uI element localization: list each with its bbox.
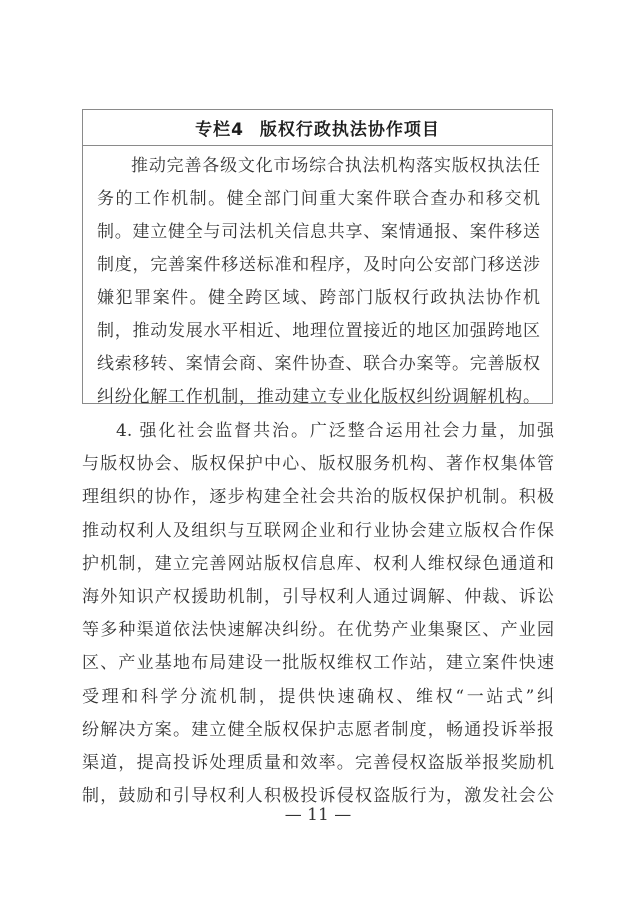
text-line: 推动完善各级文化市场综合执法机构落实版权执法任 bbox=[97, 150, 540, 183]
text-line: 制。建立健全与司法机关信息共享、案情通报、案件移送 bbox=[97, 216, 540, 249]
text-line: 纠纷化解工作机制，推动建立专业化版权纠纷调解机构。 bbox=[97, 381, 540, 414]
column-box-title: 专栏4 版权行政执法协作项目 bbox=[83, 110, 552, 146]
text-line: 区、产业基地布局建设一批版权维权工作站，建立案件快速 bbox=[82, 647, 554, 680]
text-line: 渠道，提高投诉处理质量和效率。完善侵权盗版举报奖励机 bbox=[82, 747, 554, 780]
page-number: — 11 — bbox=[0, 805, 636, 825]
column-box-body: 推动完善各级文化市场综合执法机构落实版权执法任 务的工作机制。健全部门间重大案件… bbox=[83, 146, 552, 414]
text-line: 务的工作机制。健全部门间重大案件联合查办和移交机 bbox=[97, 183, 540, 216]
text-line: 制度，完善案件移送标准和程序，及时向公安部门移送涉 bbox=[97, 249, 540, 282]
text-line: 纷解决方案。建立健全版权保护志愿者制度，畅通投诉举报 bbox=[82, 714, 554, 747]
text-line: 受理和科学分流机制，提供快速确权、维权“一站式”纠 bbox=[82, 681, 554, 714]
text-line: 海外知识产权援助机制，引导权利人通过调解、仲裁、诉讼 bbox=[82, 581, 554, 614]
text-line: 嫌犯罪案件。健全跨区域、跨部门版权行政执法协作机 bbox=[97, 282, 540, 315]
text-line: 线索移转、案情会商、案件协查、联合办案等。完善版权 bbox=[97, 348, 540, 381]
column-label: 专栏4 bbox=[195, 115, 244, 140]
text-line: 等多种渠道依法快速解决纠纷。在优势产业集聚区、产业园 bbox=[82, 614, 554, 647]
text-line: 理组织的协作，逐步构建全社会共治的版权保护机制。积极 bbox=[82, 481, 554, 514]
body-paragraph: 4. 强化社会监督共治。广泛整合运用社会力量，加强 与版权协会、版权保护中心、版… bbox=[82, 415, 554, 813]
text-line: 制，推动发展水平相近、地理位置接近的地区加强跨地区 bbox=[97, 315, 540, 348]
text-line: 与版权协会、版权保护中心、版权服务机构、著作权集体管 bbox=[82, 448, 554, 481]
text-line: 4. 强化社会监督共治。广泛整合运用社会力量，加强 bbox=[82, 415, 554, 448]
text-line: 推动权利人及组织与互联网企业和行业协会建立版权合作保 bbox=[82, 515, 554, 548]
text-line: 护机制，建立完善网站版权信息库、权利人维权绿色通道和 bbox=[82, 548, 554, 581]
column-title: 版权行政执法协作项目 bbox=[260, 115, 440, 140]
column-box: 专栏4 版权行政执法协作项目 推动完善各级文化市场综合执法机构落实版权执法任 务… bbox=[82, 109, 553, 404]
